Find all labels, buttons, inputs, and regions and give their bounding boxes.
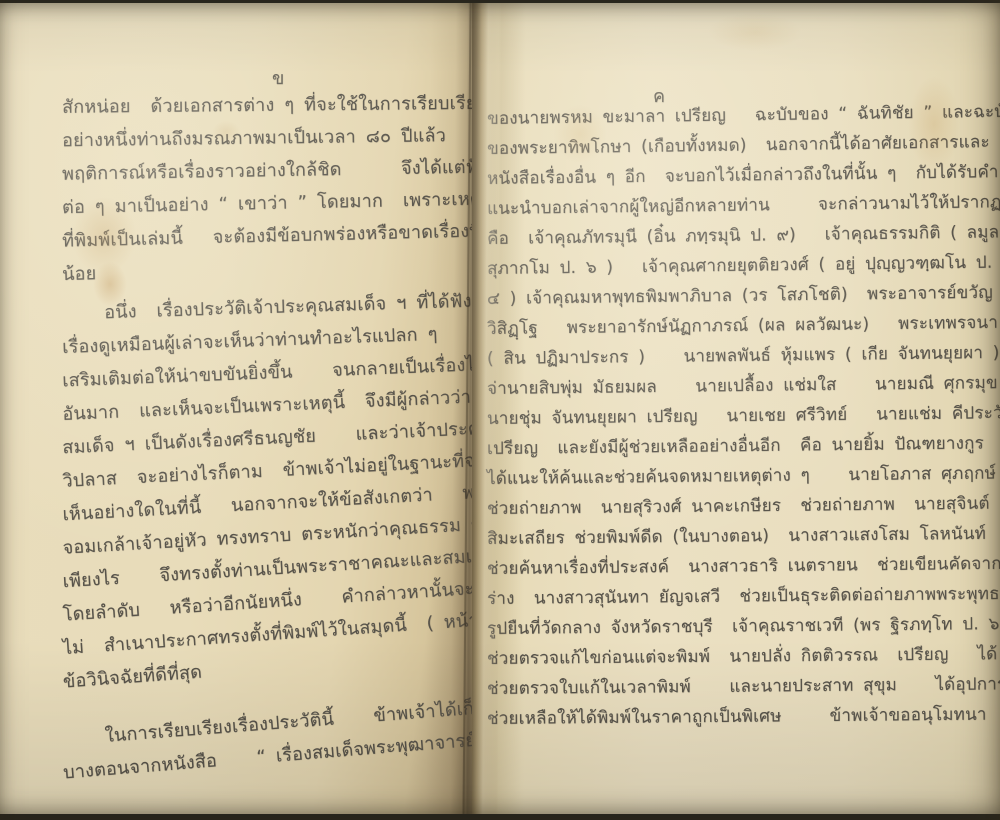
text-line: สิมะเสถียร ช่วยพิมพ์ดีด (ในบางตอน) นางสา… xyxy=(487,519,933,554)
text-line: ช่วยตรวจแก้ไขก่อนแต่จะพิมพ์ นายปลั่ง กิต… xyxy=(487,640,933,674)
text-line: นายชุ่ม จันทนยุยผา เปรียญ นายเชย ศรีวิทย… xyxy=(487,399,933,434)
text-line: รูปยืนที่วัดกลาง จังหวัดราชบุรี เจ้าคุณร… xyxy=(487,610,933,644)
text-line: ร่าง นางสาวสุนันทา ยัญจเสวี ช่วยเป็นธุระ… xyxy=(487,580,933,614)
text-line: สักหน่อย ด้วยเอกสารต่าง ๆ ที่จะใช้ในการเ… xyxy=(62,88,460,124)
right-page: ค ของนายพรหม ขะมาลา เปรียญ ฉะบับของ “ ฉั… xyxy=(472,3,1000,814)
book-photo: ข สักหน่อย ด้วยเอกสารต่าง ๆ ที่จะใช้ในกา… xyxy=(0,0,1000,820)
text-line: อย่างหนึ่งท่านถึงมรณภาพมาเป็นเวลา ๘๐ ปีแ… xyxy=(62,120,460,157)
photo-bottom-edge xyxy=(0,814,1000,820)
text-line: ช่วยตรวจใบแก้ในเวลาพิมพ์ และนายประสาท สุ… xyxy=(487,670,933,704)
right-page-text: ของนายพรหม ขะมาลา เปรียญ ฉะบับของ “ ฉันท… xyxy=(487,104,933,734)
text-line: ได้แนะให้ค้นและช่วยค้นจดหมายเหตุต่าง ๆ น… xyxy=(487,459,933,494)
photo-top-edge xyxy=(0,0,1000,3)
text-line: ช่วยเหลือให้ได้พิมพ์ในราคาถูกเป็นพิเศษ ข… xyxy=(487,700,933,734)
text-line: ช่วยค้นหาเรื่องที่ประสงค์ นางสาวธาริ เนต… xyxy=(487,550,933,584)
left-page-text: สักหน่อย ด้วยเอกสารต่าง ๆ ที่จะใช้ในการเ… xyxy=(62,88,460,758)
text-line: ช่วยถ่ายภาพ นายสุริวงศ์ นาคะเกษียร ช่วยถ… xyxy=(487,489,933,524)
text-line: เปรียญ และยังมีผู้ช่วยเหลืออย่างอื่นอีก … xyxy=(487,429,933,464)
left-page: ข สักหน่อย ด้วยเอกสารต่าง ๆ ที่จะใช้ในกา… xyxy=(0,3,472,814)
